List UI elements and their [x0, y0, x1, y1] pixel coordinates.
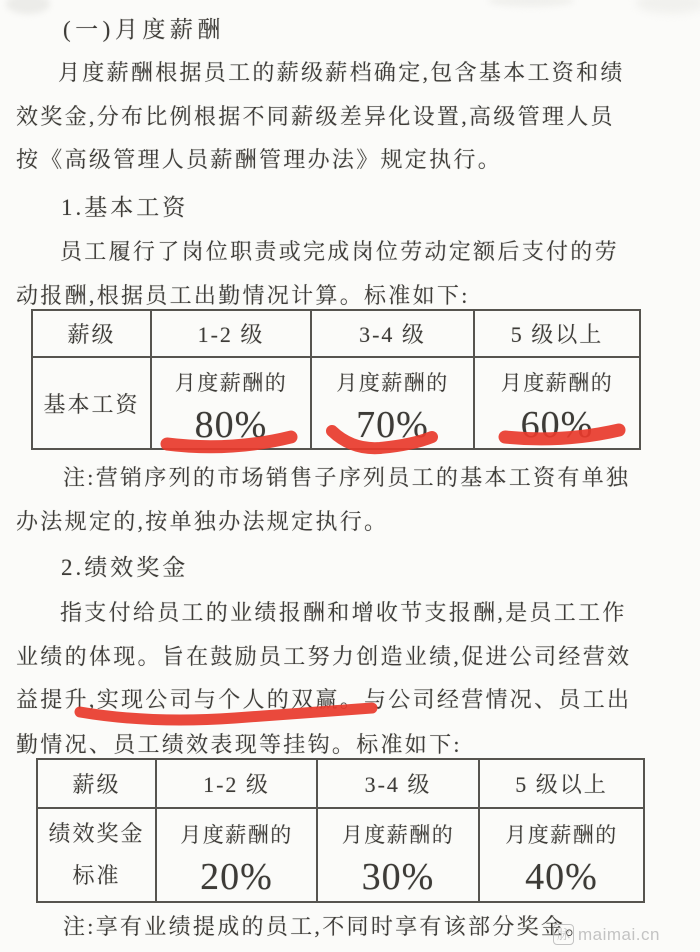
value-cell: 月度薪酬的 80% — [151, 357, 311, 449]
paragraph-line: 按《高级管理人员薪酬管理办法》规定执行。 — [16, 145, 502, 175]
value-cell: 月度薪酬的 70% — [311, 357, 474, 449]
header-cell-grade12: 1-2 级 — [156, 759, 317, 808]
document-page: (一)月度薪酬 月度薪酬根据员工的薪级薪档确定,包含基本工资和绩 效奖金,分布比… — [0, 0, 700, 952]
table-row: 绩效奖金 标准 月度薪酬的 20% 月度薪酬的 30% 月度薪酬的 40% — [37, 808, 644, 902]
header-cell-grade34: 3-4 级 — [317, 759, 479, 808]
value-cell: 月度薪酬的 60% — [474, 357, 640, 449]
watermark: 脉 maimai.cn — [553, 924, 660, 945]
paragraph-line: 月度薪酬根据员工的薪级薪档确定,包含基本工资和绩 — [58, 58, 625, 88]
header-cell-grade5: 5 级以上 — [479, 759, 644, 808]
paragraph-line: 员工履行了岗位职责或完成岗位劳动定额后支付的劳 — [60, 237, 619, 267]
value-prefix: 月度薪酬的 — [480, 818, 643, 852]
value-prefix: 月度薪酬的 — [157, 818, 316, 852]
value-prefix: 月度薪酬的 — [152, 366, 310, 400]
row-label-line: 绩效奖金 — [38, 813, 155, 855]
paragraph-line: 动报酬,根据员工出勤情况计算。标准如下: — [16, 281, 470, 311]
percent-value: 60% — [475, 402, 639, 448]
value-cell: 月度薪酬的 20% — [156, 808, 317, 902]
paragraph-line: 业绩的体现。旨在鼓励员工努力创造业绩,促进公司经营效 — [16, 642, 631, 672]
header-cell-grade: 薪级 — [32, 310, 151, 357]
paragraph-line: 指支付给员工的业绩报酬和增收节支报酬,是员工工作 — [60, 598, 627, 628]
percent-value: 70% — [312, 402, 473, 448]
value-cell: 月度薪酬的 40% — [479, 808, 644, 902]
table-header-row: 薪级 1-2 级 3-4 级 5 级以上 — [37, 759, 644, 808]
header-cell-grade5: 5 级以上 — [474, 310, 640, 357]
note-line: 办法规定的,按单独办法规定执行。 — [16, 507, 388, 537]
performance-bonus-table: 薪级 1-2 级 3-4 级 5 级以上 绩效奖金 标准 月度薪酬的 20% 月… — [36, 758, 645, 903]
value-cell: 月度薪酬的 30% — [317, 808, 479, 902]
paragraph-line: 勤情况、员工绩效表现等挂钩。标准如下: — [16, 730, 462, 760]
section-heading: (一)月度薪酬 — [63, 15, 225, 45]
scan-smudge — [488, 0, 574, 7]
row-label-line: 标准 — [38, 855, 155, 897]
header-cell-grade12: 1-2 级 — [151, 310, 311, 357]
value-prefix: 月度薪酬的 — [475, 366, 639, 400]
paragraph-line: 益提升,实现公司与个人的双赢。与公司经营情况、员工出 — [16, 685, 631, 715]
watermark-text: maimai.cn — [578, 925, 660, 945]
row-label-basic-salary: 基本工资 — [32, 357, 151, 449]
scan-smudge — [636, 0, 700, 14]
note-line: 注:营销序列的市场销售子序列员工的基本工资有单独 — [63, 463, 630, 493]
row-label-bonus-standard: 绩效奖金 标准 — [37, 808, 156, 902]
value-prefix: 月度薪酬的 — [312, 366, 473, 400]
percent-value: 80% — [152, 402, 310, 448]
note-line: 注:享有业绩提成的员工,不同时享有该部分奖金。 — [63, 912, 590, 942]
table-row: 基本工资 月度薪酬的 80% 月度薪酬的 70% 月度薪酬的 60% — [32, 357, 640, 449]
scan-smudge — [6, 0, 50, 14]
subsection-heading-performance-bonus: 2.绩效奖金 — [61, 553, 188, 583]
percent-value: 20% — [157, 854, 316, 900]
basic-salary-table: 薪级 1-2 级 3-4 级 5 级以上 基本工资 月度薪酬的 80% 月度薪酬… — [31, 309, 641, 450]
paragraph-line: 效奖金,分布比例根据不同薪级差异化设置,高级管理人员 — [16, 102, 615, 132]
percent-value: 40% — [480, 854, 643, 900]
value-prefix: 月度薪酬的 — [318, 818, 478, 852]
header-cell-grade: 薪级 — [37, 759, 156, 808]
table-header-row: 薪级 1-2 级 3-4 级 5 级以上 — [32, 310, 640, 357]
subsection-heading-basic-salary: 1.基本工资 — [61, 193, 188, 223]
maimai-logo-icon: 脉 — [553, 924, 574, 945]
percent-value: 30% — [318, 854, 478, 900]
header-cell-grade34: 3-4 级 — [311, 310, 474, 357]
